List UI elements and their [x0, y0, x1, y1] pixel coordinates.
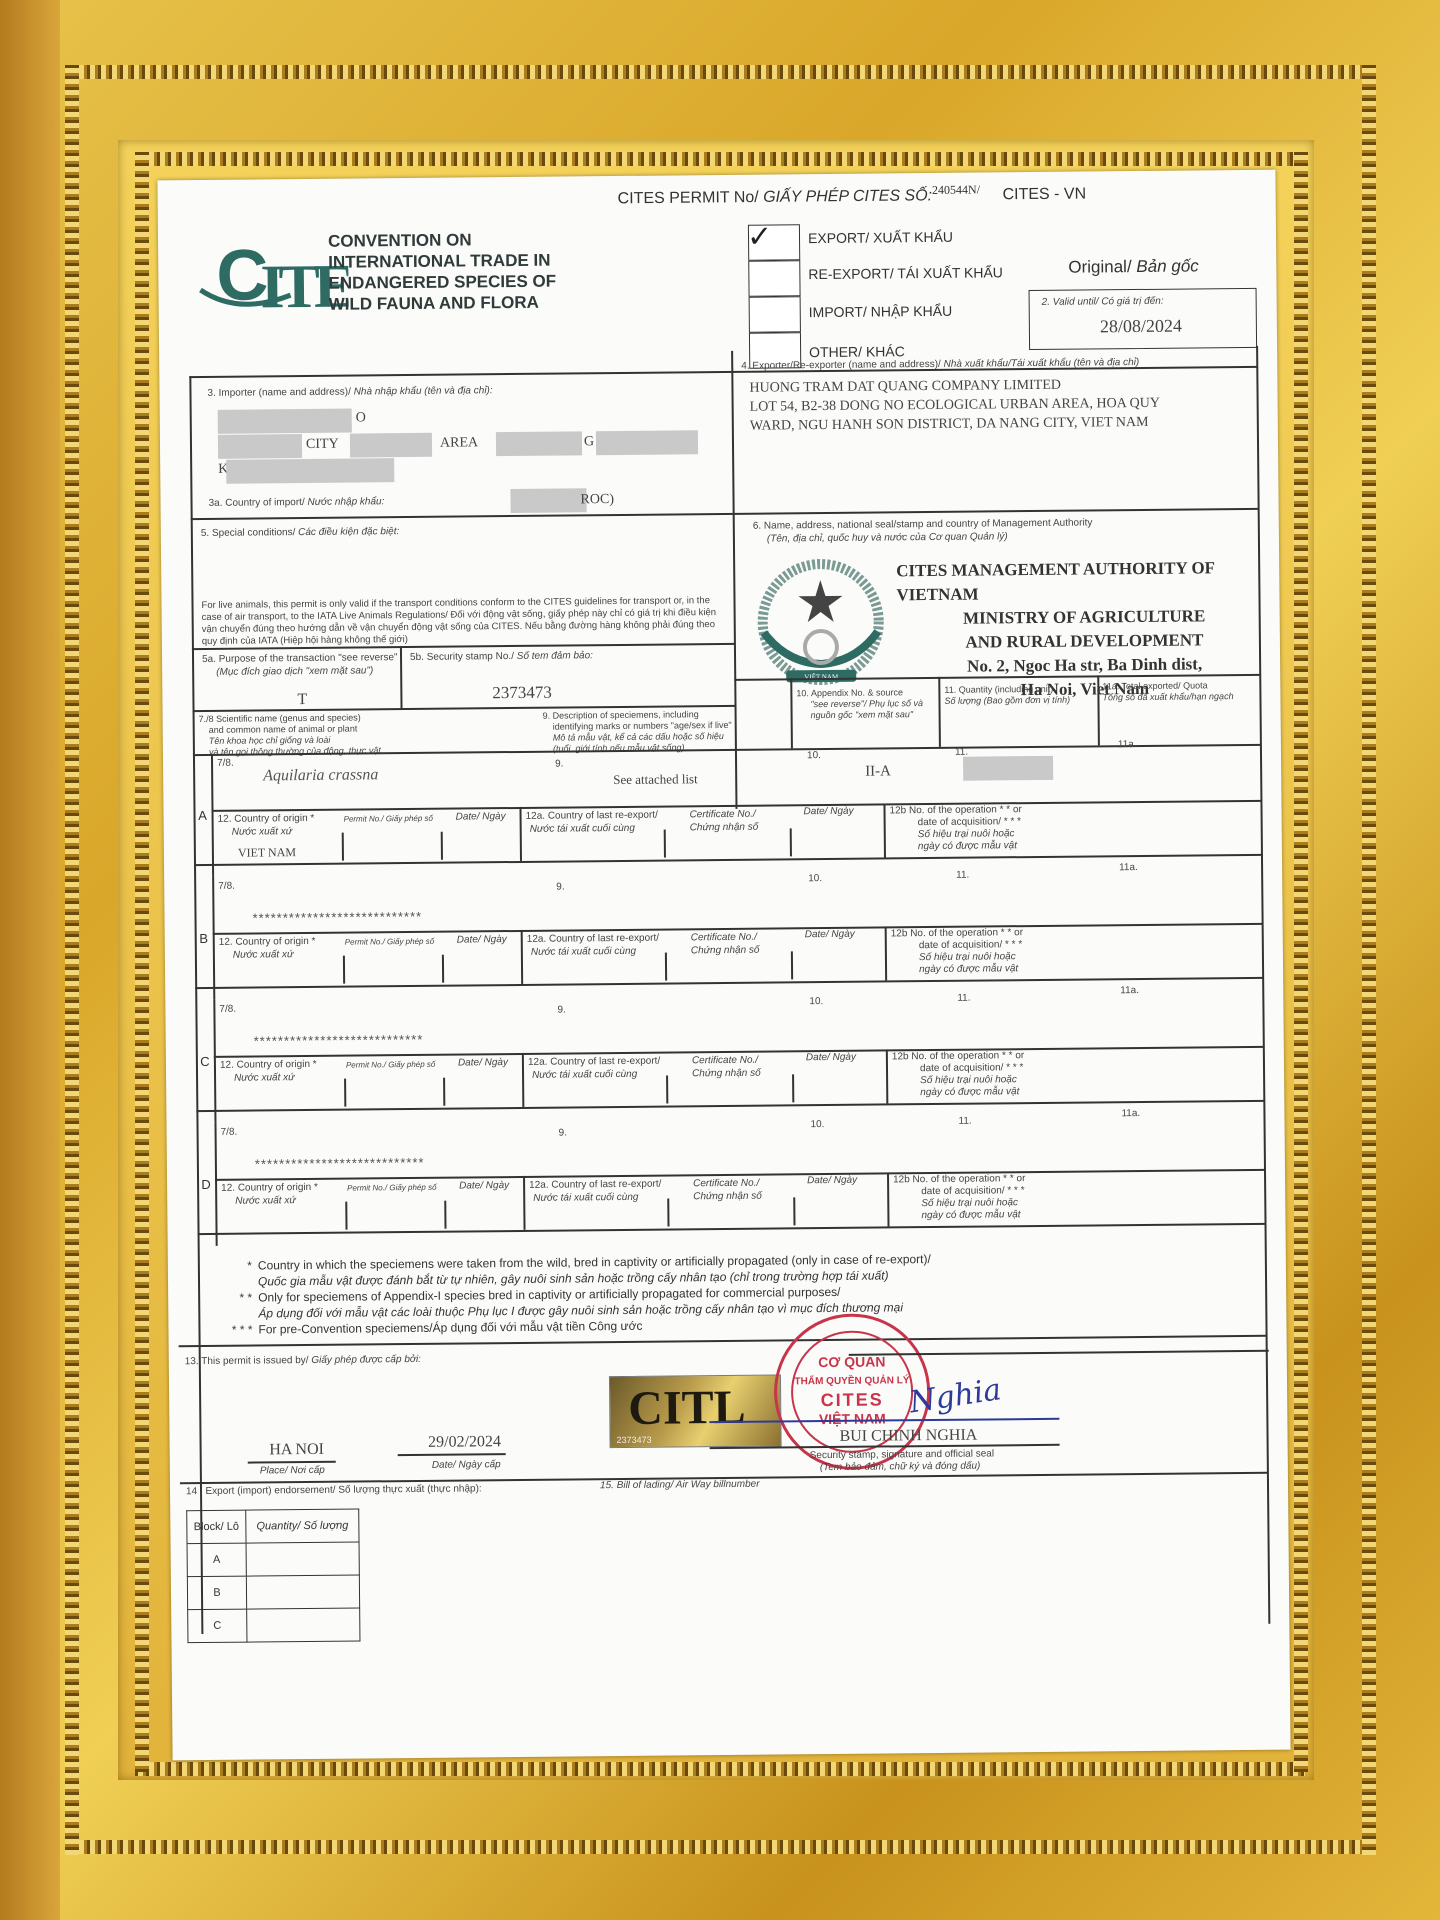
table-row: C: [188, 1608, 360, 1643]
operation-label: 12b No. of the operation * * ordate of a…: [893, 1173, 1026, 1222]
permit-number-line: CITES PERMIT No/ GIẤY PHÉP CITES SỐ:2405…: [618, 181, 1087, 208]
endorse-quantity-cell[interactable]: [246, 1575, 359, 1609]
col-header-scientific: 7./8 Scientific name (genus and species)…: [199, 712, 381, 758]
place-label: Place/ Nơi cấp: [260, 1465, 325, 1478]
date-label: Date/ Ngày: [458, 1057, 508, 1070]
permit-no-label: Permit No./ Giấy phép số: [344, 814, 433, 825]
purpose-value: T: [297, 691, 307, 709]
country-import-label-en: 3a. Country of import/: [208, 497, 307, 509]
country-import-label-vi: Nước nhập khẩu:: [307, 496, 384, 508]
field-10-label: 10.: [807, 750, 821, 763]
frame-shadow: [0, 0, 60, 1920]
scientific-name: ****************************: [255, 1155, 425, 1172]
checkbox-reexport[interactable]: [748, 260, 800, 296]
valid-until-label: 2. Valid until/ Có giá trị đến:: [1042, 296, 1164, 310]
field-11-label: 11.: [956, 870, 969, 883]
permit-label-vi: GIẤY PHÉP CITES SỐ:: [763, 187, 932, 206]
specimen-block: D 7/8. **************************** 9. 1…: [196, 1113, 1265, 1246]
special-label-vi: Các điều kiện đặc biệt:: [298, 526, 399, 538]
description-value: See attached list: [613, 771, 698, 788]
country-import-value: ROC): [580, 492, 614, 508]
exporter-label-en: 4. Exporter/Re-exporter (name and addres…: [741, 359, 943, 372]
frame-bead-top-inner: [135, 152, 1305, 166]
importer-label-vi: Nhà nhập khẩu (tên và địa chỉ):: [354, 385, 493, 397]
signer-name: BUI CHINH NGHIA: [839, 1427, 977, 1446]
seal-line: THẨM QUYỀN QUẢN LÝ: [777, 1371, 927, 1391]
col-header-total: 11a. Total exported/ Quota Tổng số đã xu…: [1102, 680, 1233, 703]
col-header-line: Số lượng (Bao gồm đơn vị tính): [944, 695, 1070, 707]
cites-permit-document: C ITES CONVENTION ON INTERNATIONAL TRADE…: [157, 170, 1290, 1761]
scientific-name: ****************************: [252, 909, 422, 926]
security-hologram-stamp: CITL 2373473: [609, 1374, 782, 1448]
importer-label: 3. Importer (name and address)/ Nhà nhập…: [207, 385, 492, 400]
original-vi: Bản gốc: [1136, 256, 1199, 276]
footnote-mark: *: [212, 1258, 252, 1274]
valid-until-box: 2. Valid until/ Có giá trị đến: 28/08/20…: [1029, 288, 1258, 350]
authority-line: AND RURAL DEVELOPMENT: [897, 628, 1272, 656]
security-label-en: 5b. Security stamp No./: [410, 651, 517, 663]
permit-suffix: CITES - VN: [1002, 186, 1086, 204]
col-header-line: nguồn gốc "xem mặt sau": [797, 709, 924, 721]
specimen-block: B 7/8. **************************** 9. 1…: [194, 867, 1263, 1000]
table-row: B: [187, 1575, 359, 1610]
origin-label: 12. Country of origin *Nước xuất xứ: [220, 1059, 317, 1085]
special-conditions-label: 5. Special conditions/ Các điều kiện đặc…: [201, 526, 400, 540]
type-export-label: EXPORT/ XUẤT KHẨU: [808, 229, 953, 246]
importer-fragment: O: [356, 410, 366, 426]
date-label: Date/ Ngày: [457, 934, 507, 947]
original-en: Original/: [1068, 257, 1136, 277]
endorse-block-cell: A: [187, 1543, 246, 1577]
redacted-block: [496, 431, 582, 456]
reexport-label: 12a. Country of last re-export/Nước tái …: [526, 810, 659, 836]
endorse-block-cell: C: [188, 1609, 247, 1643]
frame-bead-bottom-outer: [65, 1840, 1375, 1854]
country-of-origin-value: VIET NAM: [238, 845, 296, 861]
certificate-date-label: Date/ Ngày: [803, 806, 853, 819]
hologram-cites-icon: CITL: [628, 1380, 746, 1436]
exporter-label-vi: Nhà xuất khẩu/Tái xuất khẩu (tên và địa …: [944, 357, 1140, 370]
type-import-label: IMPORT/ NHẬP KHẨU: [809, 303, 953, 320]
frame-bead-top-outer: [65, 65, 1375, 79]
redacted-block: [596, 430, 698, 455]
endorsement-table: Block/ Lô Quantity/ Số lượng A B C: [186, 1509, 360, 1644]
col-header-line: and common name of animal or plant: [199, 723, 381, 736]
block-letter: C: [196, 1053, 214, 1068]
field-7-8-label: 7/8.: [221, 1127, 238, 1140]
country-import-label: 3a. Country of import/ Nước nhập khẩu:: [208, 496, 384, 510]
footnotes: *Country in which the speciemens were ta…: [212, 1248, 1263, 1338]
seal-text: CƠ QUAN THẨM QUYỀN QUẢN LÝ CITES VIỆT NA…: [777, 1352, 928, 1429]
field-9-label: 9.: [555, 759, 563, 772]
issued-by-label: 13. This permit is issued by/ Giấy phép …: [185, 1354, 421, 1369]
endorse-quantity-cell[interactable]: [247, 1608, 360, 1642]
field-9-label: 9.: [556, 882, 564, 895]
frame-bead-bottom-inner: [135, 1762, 1305, 1776]
block-letter: D: [197, 1176, 215, 1191]
field-10-label: 10.: [810, 1119, 824, 1132]
operation-label: 12b No. of the operation * * ordate of a…: [889, 804, 1022, 853]
origin-label: 12. Country of origin *Nước xuất xứ: [221, 1182, 318, 1208]
security-stamp-label: 5b. Security stamp No./ Số tem đảm bảo:: [410, 650, 593, 664]
origin-label: 12. Country of origin *Nước xuất xứ: [218, 813, 315, 839]
footnote-mark: * *: [212, 1290, 252, 1306]
exporter-line: WARD, NGU HANH SON DISTRICT, DA NANG CIT…: [750, 413, 1160, 436]
specimen-block: C 7/8. **************************** 9. 1…: [195, 990, 1264, 1123]
origin-label: 12. Country of origin *Nước xuất xứ: [219, 936, 316, 962]
permit-no-label: Permit No./ Giấy phép số: [345, 937, 434, 948]
field-11a-label: 11a.: [1121, 1108, 1140, 1121]
redacted-block: [218, 434, 302, 459]
field-7-8-label: 7/8.: [218, 881, 235, 894]
frame-bead-left-inner: [135, 152, 149, 1772]
redacted-quantity: [963, 756, 1053, 781]
permit-label: CITES PERMIT No/: [618, 189, 764, 207]
issued-label-vi: Giấy phép được cấp bởi:: [311, 1354, 421, 1366]
divider: [398, 1453, 506, 1456]
field-11-label: 11.: [957, 993, 970, 1006]
issue-date-value: 29/02/2024: [409, 1433, 519, 1452]
bill-of-lading-label: 15. Bill of lading/ Air Way billnumber: [600, 1479, 760, 1493]
scientific-name: ****************************: [254, 1032, 424, 1049]
authority-label-vi: (Tên, địa chỉ, quốc huy và nước của Cơ q…: [767, 531, 1008, 546]
endorsement-label: 14 . Export (import) endorsement/ Số lượ…: [186, 1483, 482, 1498]
col-header-appendix: 10. Appendix No. & source "see reverse"/…: [796, 687, 923, 721]
certificate-label: Certificate No./Chứng nhận số: [692, 1055, 761, 1081]
hologram-number: 2373473: [617, 1435, 652, 1445]
exporter-label: 4. Exporter/Re-exporter (name and addres…: [741, 357, 1139, 373]
purpose-label-en: 5a. Purpose of the transaction "see reve…: [202, 652, 398, 666]
field-11-label: 11.: [958, 1116, 971, 1129]
cites-logo: C ITES: [198, 227, 349, 318]
table-row: A: [187, 1542, 359, 1577]
cites-logo-icon: C ITES: [198, 227, 349, 318]
frame-bead-right-outer: [1362, 65, 1376, 1855]
field-11a-label: 11a.: [1120, 985, 1139, 998]
exporter-address: HUONG TRAM DAT QUANG COMPANY LIMITED LOT…: [749, 375, 1160, 436]
specimen-block: A 7/8. Aquilaria crassna 9. See attached…: [193, 744, 1262, 877]
field-7-8-label: 7/8.: [217, 758, 234, 771]
redacted-block: [350, 433, 432, 458]
certificate-date-label: Date/ Ngày: [805, 929, 855, 942]
field-10-label: 10.: [808, 873, 822, 886]
original-label: Original/ Bản gốc: [1068, 256, 1199, 277]
certificate-label: Certificate No./Chứng nhận số: [690, 809, 759, 835]
org-line: INTERNATIONAL TRADE IN: [328, 250, 556, 273]
issued-label-en: 13. This permit is issued by/: [185, 1355, 312, 1367]
special-conditions-text: For live animals, this permit is only va…: [201, 595, 726, 648]
security-stamp-value: 2373473: [492, 683, 552, 704]
security-label-vi: Số tem đảm bảo:: [517, 650, 593, 662]
redacted-block: [226, 458, 394, 484]
checkbox-export[interactable]: ✓: [748, 224, 800, 260]
authority-line: CITES MANAGEMENT AUTHORITY OF VIETNAM: [896, 556, 1271, 608]
permit-no-label: Permit No./ Giấy phép số: [347, 1183, 436, 1194]
redacted-block: [218, 409, 352, 434]
checkbox-import[interactable]: [749, 296, 801, 332]
block-letter: B: [195, 930, 213, 945]
field-7-8-label: 7/8.: [219, 1004, 236, 1017]
redacted-block: [510, 488, 586, 513]
reexport-label: 12a. Country of last re-export/Nước tái …: [528, 1056, 661, 1082]
endorse-header-block: Block/ Lô: [187, 1510, 246, 1544]
org-name: CONVENTION ON INTERNATIONAL TRADE IN END…: [328, 229, 556, 315]
type-reexport-label: RE-EXPORT/ TÁI XUẤT KHẨU: [808, 264, 1003, 282]
authority-label: 6. Name, address, national seal/stamp an…: [753, 517, 1093, 533]
divider: [731, 351, 737, 809]
divider: [248, 1461, 336, 1463]
certificate-date-label: Date/ Ngày: [806, 1052, 856, 1065]
field-9-label: 9.: [559, 1128, 567, 1141]
date-label: Date/ Ngày: [459, 1180, 509, 1193]
checkmark-icon: ✓: [747, 220, 772, 255]
field-9-label: 9.: [557, 1005, 565, 1018]
org-line: ENDANGERED SPECIES OF: [328, 271, 556, 294]
purpose-label-vi: (Mục đích giao dịch "xem mặt sau"): [202, 665, 398, 679]
importer-fragment: CITY: [306, 437, 339, 453]
special-label-en: 5. Special conditions/: [201, 527, 298, 539]
endorse-quantity-cell[interactable]: [246, 1542, 359, 1576]
importer-label-en: 3. Importer (name and address)/: [207, 387, 353, 399]
type-other-label: OTHER/ KHÁC: [809, 343, 905, 360]
field-11a-label: 11a.: [1118, 739, 1137, 752]
date-label: Date/ Ngày: [456, 811, 506, 824]
org-line: WILD FAUNA AND FLORA: [329, 292, 557, 315]
block-letter: A: [193, 807, 211, 822]
place-value: HA NOI: [262, 1441, 332, 1460]
importer-fragment: AREA: [440, 435, 478, 451]
col-header-line: Tổng số đã xuất khẩu/hạn ngạch: [1102, 691, 1233, 703]
appendix-value: II-A: [865, 763, 891, 780]
seal-line: CITES: [777, 1390, 927, 1410]
frame-bead-right-inner: [1294, 152, 1308, 1772]
certificate-label: Certificate No./Chứng nhận số: [693, 1178, 762, 1204]
authority-line: MINISTRY OF AGRICULTURE: [897, 604, 1272, 632]
endorse-header-quantity: Quantity/ Số lượng: [246, 1509, 359, 1543]
divider: [400, 646, 402, 708]
permit-number: 240544N/: [932, 183, 980, 197]
field-11a-label: 11a.: [1119, 862, 1138, 875]
field-10-label: 10.: [809, 996, 823, 1009]
reexport-label: 12a. Country of last re-export/Nước tái …: [527, 933, 660, 959]
valid-until-value: 28/08/2024: [1100, 316, 1182, 338]
col-header-quantity: 11. Quantity (including unit) Số lượng (…: [944, 684, 1070, 707]
footnote-en: For pre-Convention speciemens/Áp dụng đố…: [258, 1319, 642, 1337]
divider: [191, 508, 1259, 520]
permit-no-label: Permit No./ Giấy phép số: [346, 1060, 435, 1071]
col-header-line: Mô tả mẫu vật, kể cả các dấu hoặc số hiệ…: [543, 731, 732, 744]
endorse-block-cell: B: [187, 1576, 246, 1610]
certificate-label: Certificate No./Chứng nhận số: [691, 932, 760, 958]
col-header-description: 9. Description of speciemens, including …: [543, 709, 732, 755]
certificate-date-label: Date/ Ngày: [807, 1175, 857, 1188]
purpose-label: 5a. Purpose of the transaction "see reve…: [202, 652, 398, 679]
footnote-mark: * * *: [212, 1322, 252, 1338]
operation-label: 12b No. of the operation * * ordate of a…: [891, 927, 1024, 976]
importer-fragment: G: [584, 434, 594, 450]
signature-label-vi: (Tem bảo đảm, chữ ký và đóng dấu): [820, 1461, 981, 1475]
issue-date-label: Date/ Ngày cấp: [432, 1459, 501, 1472]
frame-bead-left-outer: [65, 65, 79, 1855]
scientific-name: Aquilaria crassna: [263, 766, 378, 785]
specimen-blocks: A 7/8. Aquilaria crassna 9. See attached…: [193, 744, 1266, 1254]
operation-label: 12b No. of the operation * * ordate of a…: [892, 1050, 1025, 1099]
org-line: CONVENTION ON: [328, 229, 556, 252]
reexport-label: 12a. Country of last re-export/Nước tái …: [529, 1179, 662, 1205]
